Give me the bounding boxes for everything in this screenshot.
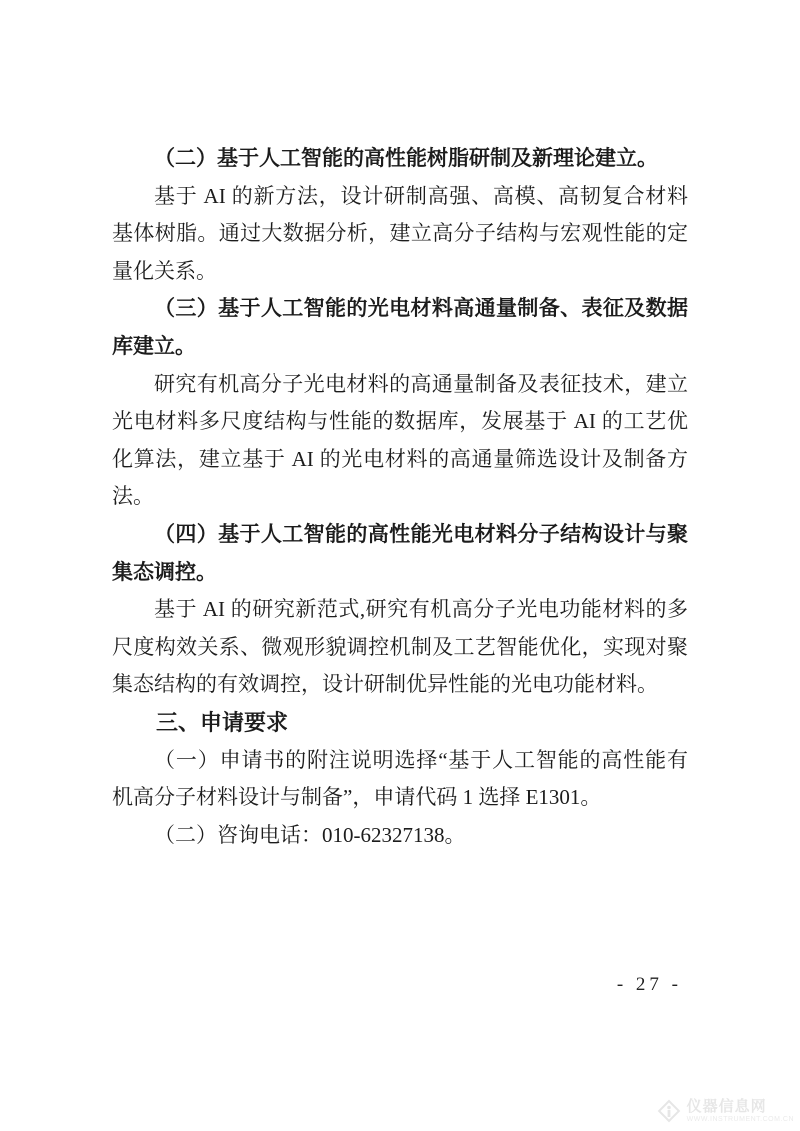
section-3-body: 研究有机高分子光电材料的高通量制备及表征技术，建立光电材料多尺度结构与性能的数据… xyxy=(112,366,688,516)
page-number: - 27 - xyxy=(617,974,682,996)
section-3-heading: （三）基于人工智能的光电材料高通量制备、表征及数据库建立。 xyxy=(112,290,688,365)
section-2-body: 基于 AI 的新方法，设计研制高强、高模、高韧复合材料基体树脂。通过大数据分析，… xyxy=(112,178,688,291)
document-page: （二）基于人工智能的高性能树脂研制及新理论建立。 基于 AI 的新方法，设计研制… xyxy=(0,0,800,1131)
instrument-site-diamond-logo-icon xyxy=(655,1097,683,1125)
document-body: （二）基于人工智能的高性能树脂研制及新理论建立。 基于 AI 的新方法，设计研制… xyxy=(112,140,688,854)
requirements-section-heading: 三、申请要求 xyxy=(112,704,688,742)
section-4-heading: （四）基于人工智能的高性能光电材料分子结构设计与聚集态调控。 xyxy=(112,516,688,591)
watermark-text-block: 仪器信息网 www.instrument.com.cn xyxy=(687,1099,794,1123)
section-2-heading: （二）基于人工智能的高性能树脂研制及新理论建立。 xyxy=(112,140,688,178)
requirements-item-2: （二）咨询电话：010-62327138。 xyxy=(112,817,688,855)
requirements-item-1: （一）申请书的附注说明选择“基于人工智能的高性能有机高分子材料设计与制备”，申请… xyxy=(112,742,688,817)
watermark-site-name: 仪器信息网 xyxy=(687,1099,767,1114)
watermark: 仪器信息网 www.instrument.com.cn xyxy=(655,1097,794,1125)
section-4-body: 基于 AI 的研究新范式,研究有机高分子光电功能材料的多尺度构效关系、微观形貌调… xyxy=(112,591,688,704)
watermark-site-url: www.instrument.com.cn xyxy=(687,1116,794,1123)
